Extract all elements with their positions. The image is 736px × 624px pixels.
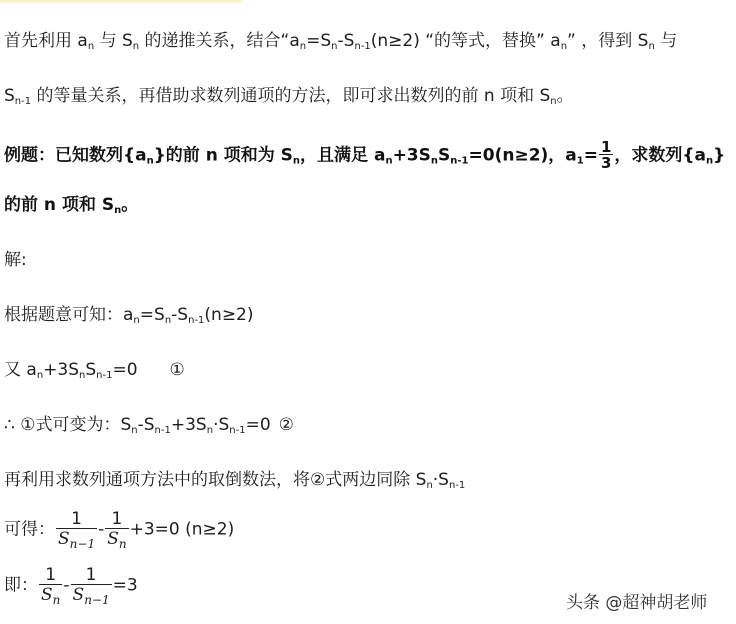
text: =S <box>140 305 165 325</box>
subscript: n-1 <box>96 370 112 381</box>
numerator: 1 <box>105 510 128 529</box>
subscript: n-1 <box>354 41 370 52</box>
denominator: 3 <box>599 155 613 171</box>
subscript: n−1 <box>70 537 95 551</box>
text: -S <box>138 415 155 435</box>
subscript: n-1 <box>229 425 245 436</box>
subscript: n-1 <box>15 96 31 107</box>
text: S <box>85 360 96 380</box>
text: 的等量关系，再借助求数列通项的方法，即可求出数列的前 n 项和 S <box>31 86 550 106</box>
text: 的递推关系，结合“a <box>139 31 300 51</box>
subscript: n−1 <box>84 593 109 607</box>
text: = <box>584 146 598 166</box>
text: +3=0 (n≥2) <box>130 520 235 540</box>
fraction-1-over-s-n: 1Sn <box>39 566 62 605</box>
text: 又 a <box>4 360 37 380</box>
numerator: 1 <box>71 566 112 585</box>
text: 可得： <box>4 520 55 540</box>
text: 。 <box>557 86 574 106</box>
solution-label: 解: <box>4 249 27 271</box>
text: =3 <box>113 576 138 596</box>
text: +3S <box>43 360 79 380</box>
intro-line-2: Sn-1 的等量关系，再借助求数列通项的方法，即可求出数列的前 n 项和 Sn。 <box>4 85 574 107</box>
solution-step-1: 根据题意可知：an=Sn-Sn-1(n≥2) <box>4 304 254 326</box>
fraction-1-over-s-n-minus-1: 1Sn−1 <box>71 566 112 605</box>
solution-step-2: 又 an+3SnSn-1=0① <box>4 359 185 381</box>
subscript: n-1 <box>188 315 204 326</box>
intro-line-1: 首先利用 an 与 Sn 的递推关系，结合“an=Sn-Sn-1(n≥2) “的… <box>4 30 677 52</box>
text: } <box>713 146 725 166</box>
text: 例题：已知数列{a <box>4 146 147 166</box>
text: - <box>63 576 69 596</box>
solution-step-3: ∴ ①式可变为：Sn-Sn-1+3Sn·Sn-1=0② <box>4 414 294 436</box>
denominator: Sn <box>39 585 62 605</box>
numerator: 1 <box>56 510 97 529</box>
text: S <box>4 86 15 106</box>
solution-step-5: 可得：1Sn−1-1Sn+3=0 (n≥2) <box>4 510 234 549</box>
text: - <box>98 520 104 540</box>
example-line-2: 的前 n 项和 Sn。 <box>4 194 138 216</box>
text: -S <box>338 31 355 51</box>
subscript: n <box>385 156 392 167</box>
text: 即： <box>4 576 38 596</box>
numerator: 1 <box>39 566 62 585</box>
text: =S <box>306 31 331 51</box>
solution-step-6: 即：1Sn-1Sn−1=3 <box>4 566 138 605</box>
text: S <box>73 585 85 605</box>
text: =0(n≥2)，a <box>469 146 577 166</box>
subscript: n-1 <box>449 480 465 491</box>
subscript: n <box>293 156 300 167</box>
text: ，求数列{a <box>614 146 706 166</box>
text: 根据题意可知：a <box>4 305 133 325</box>
text: S <box>107 529 119 549</box>
text: }的前 n 项和为 S <box>154 146 293 166</box>
text: ·S <box>213 415 229 435</box>
example-line-1: 例题：已知数列{an}的前 n 项和为 Sn，且满足 an+3SnSn-1=0(… <box>4 140 725 171</box>
text: 的前 n 项和 S <box>4 195 114 215</box>
text: S <box>41 585 53 605</box>
fraction-one-third: 13 <box>599 140 613 171</box>
numerator: 1 <box>599 140 613 155</box>
text: 首先利用 a <box>4 31 88 51</box>
text: ∴ ①式可变为：S <box>4 415 131 435</box>
text: +3S <box>171 415 207 435</box>
denominator: Sn−1 <box>71 585 112 605</box>
subscript: n-1 <box>450 156 468 167</box>
equation-marker-1: ① <box>170 360 185 380</box>
watermark: 头条 @超神胡老师 <box>566 588 707 613</box>
text: =0 <box>112 360 137 380</box>
fraction-1-over-s-n: 1Sn <box>105 510 128 549</box>
text: -S <box>171 305 188 325</box>
top-highlight-strip <box>0 0 242 4</box>
text: 与 S <box>94 31 133 51</box>
text: ·S <box>433 470 449 490</box>
subscript: n <box>431 156 438 167</box>
equation-marker-2: ② <box>279 415 294 435</box>
text: 再利用求数列通项方法中的取倒数法，将②式两边同除 S <box>4 470 426 490</box>
text: 。 <box>121 195 138 215</box>
text: (n≥2) “的等式，替换” a <box>371 31 561 51</box>
text: +3S <box>393 146 431 166</box>
denominator: Sn <box>105 529 128 549</box>
solution-step-4: 再利用求数列通项方法中的取倒数法，将②式两边同除 Sn·Sn-1 <box>4 469 465 491</box>
subscript: n <box>53 593 61 607</box>
subscript: n-1 <box>155 425 171 436</box>
subscript: n <box>147 156 154 167</box>
text: =0 <box>246 415 271 435</box>
text: (n≥2) <box>204 305 253 325</box>
denominator: Sn−1 <box>56 529 97 549</box>
text: ” ，得到 S <box>567 31 648 51</box>
subscript: 1 <box>577 156 584 167</box>
fraction-1-over-s-n-minus-1: 1Sn−1 <box>56 510 97 549</box>
text: ，且满足 a <box>300 146 385 166</box>
text: S <box>58 529 70 549</box>
subscript: n <box>119 537 127 551</box>
text: S <box>438 146 450 166</box>
text: 与 <box>655 31 677 51</box>
